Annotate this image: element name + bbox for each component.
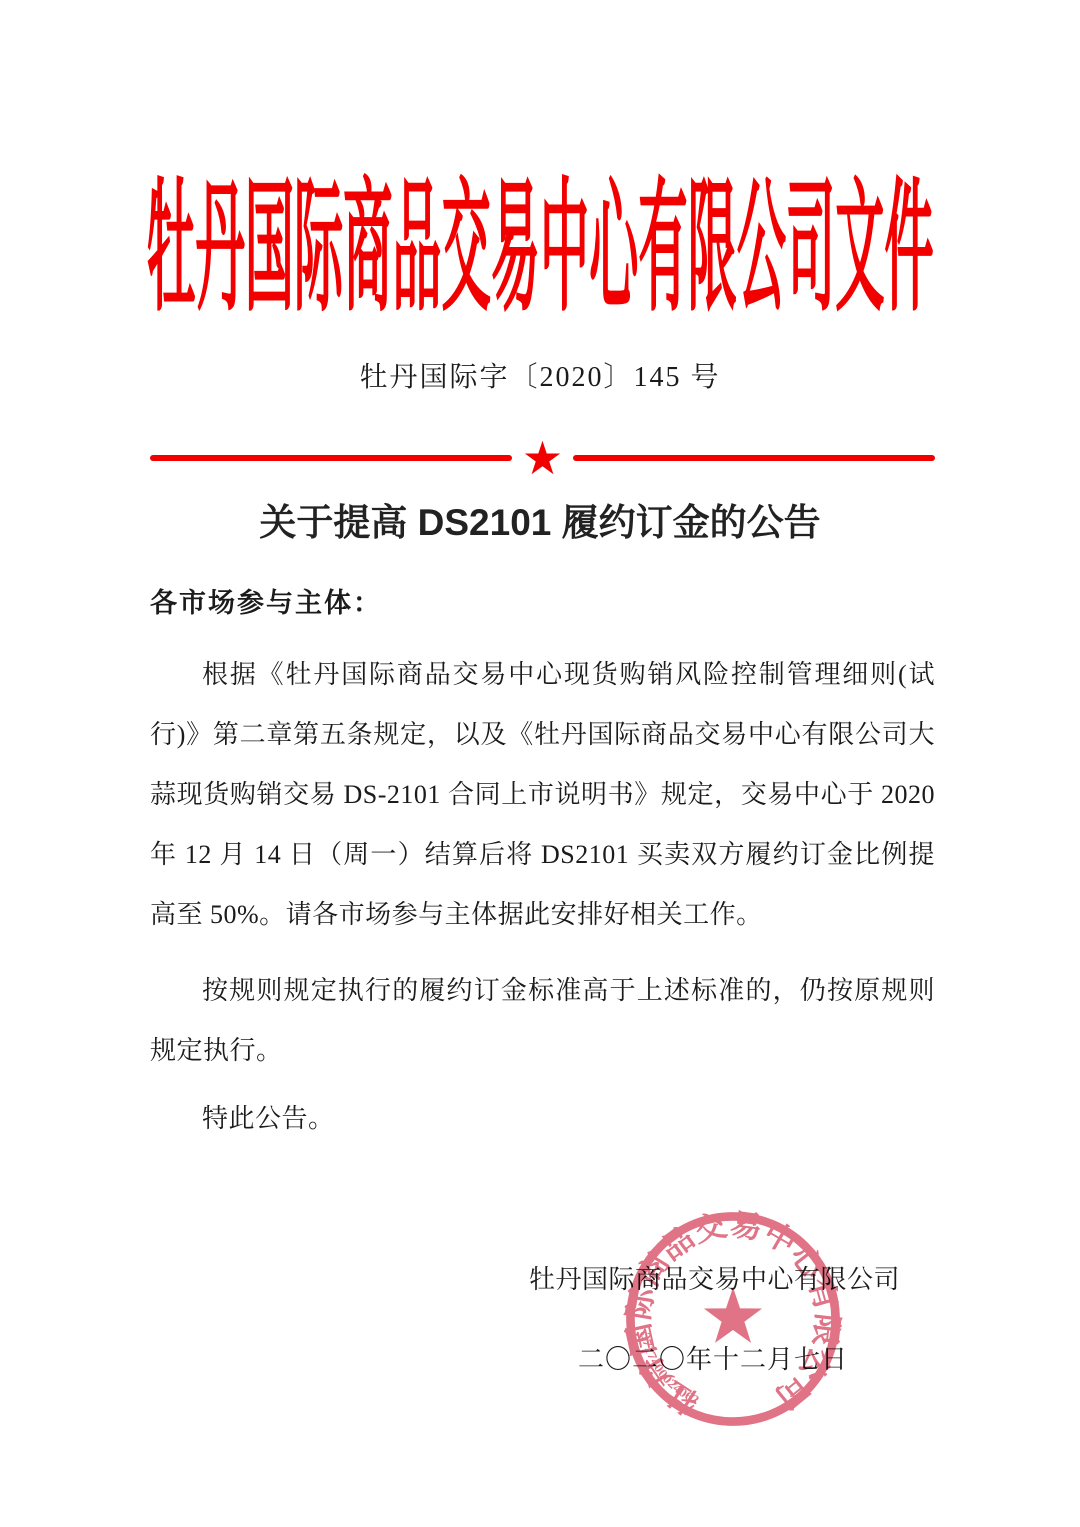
red-divider: ★	[150, 432, 935, 484]
divider-rule-right	[573, 455, 935, 461]
divider-rule-left	[150, 455, 512, 461]
body-paragraph-1: 根据《牡丹国际商品交易中心现货购销风险控制管理细则(试行)》第二章第五条规定，以…	[150, 645, 935, 945]
company-seal: 牡丹国际商品交易中心有限公司 3717400024062	[618, 1204, 848, 1434]
star-icon: ★	[522, 435, 563, 481]
letterhead: 牡丹国际商品交易中心有限公司文件	[0, 168, 1080, 328]
body-paragraph-2: 按规则规定执行的履约订金标准高于上述标准的，仍按原规则规定执行。	[150, 961, 935, 1081]
seal-star-icon	[704, 1287, 762, 1342]
doc-number: 牡丹国际字〔2020〕145 号	[0, 356, 1080, 400]
document-page: 牡丹国际商品交易中心有限公司文件 牡丹国际字〔2020〕145 号 ★ 关于提高…	[0, 0, 1080, 1527]
letterhead-org-title: 牡丹国际商品交易中心有限公司文件	[146, 176, 933, 320]
salutation: 各市场参与主体：	[150, 580, 382, 626]
notice-body: 根据《牡丹国际商品交易中心现货购销风险控制管理细则(试行)》第二章第五条规定，以…	[150, 645, 935, 1149]
closing-line: 特此公告。	[150, 1089, 935, 1149]
notice-title: 关于提高 DS2101 履约订金的公告	[0, 498, 1080, 548]
